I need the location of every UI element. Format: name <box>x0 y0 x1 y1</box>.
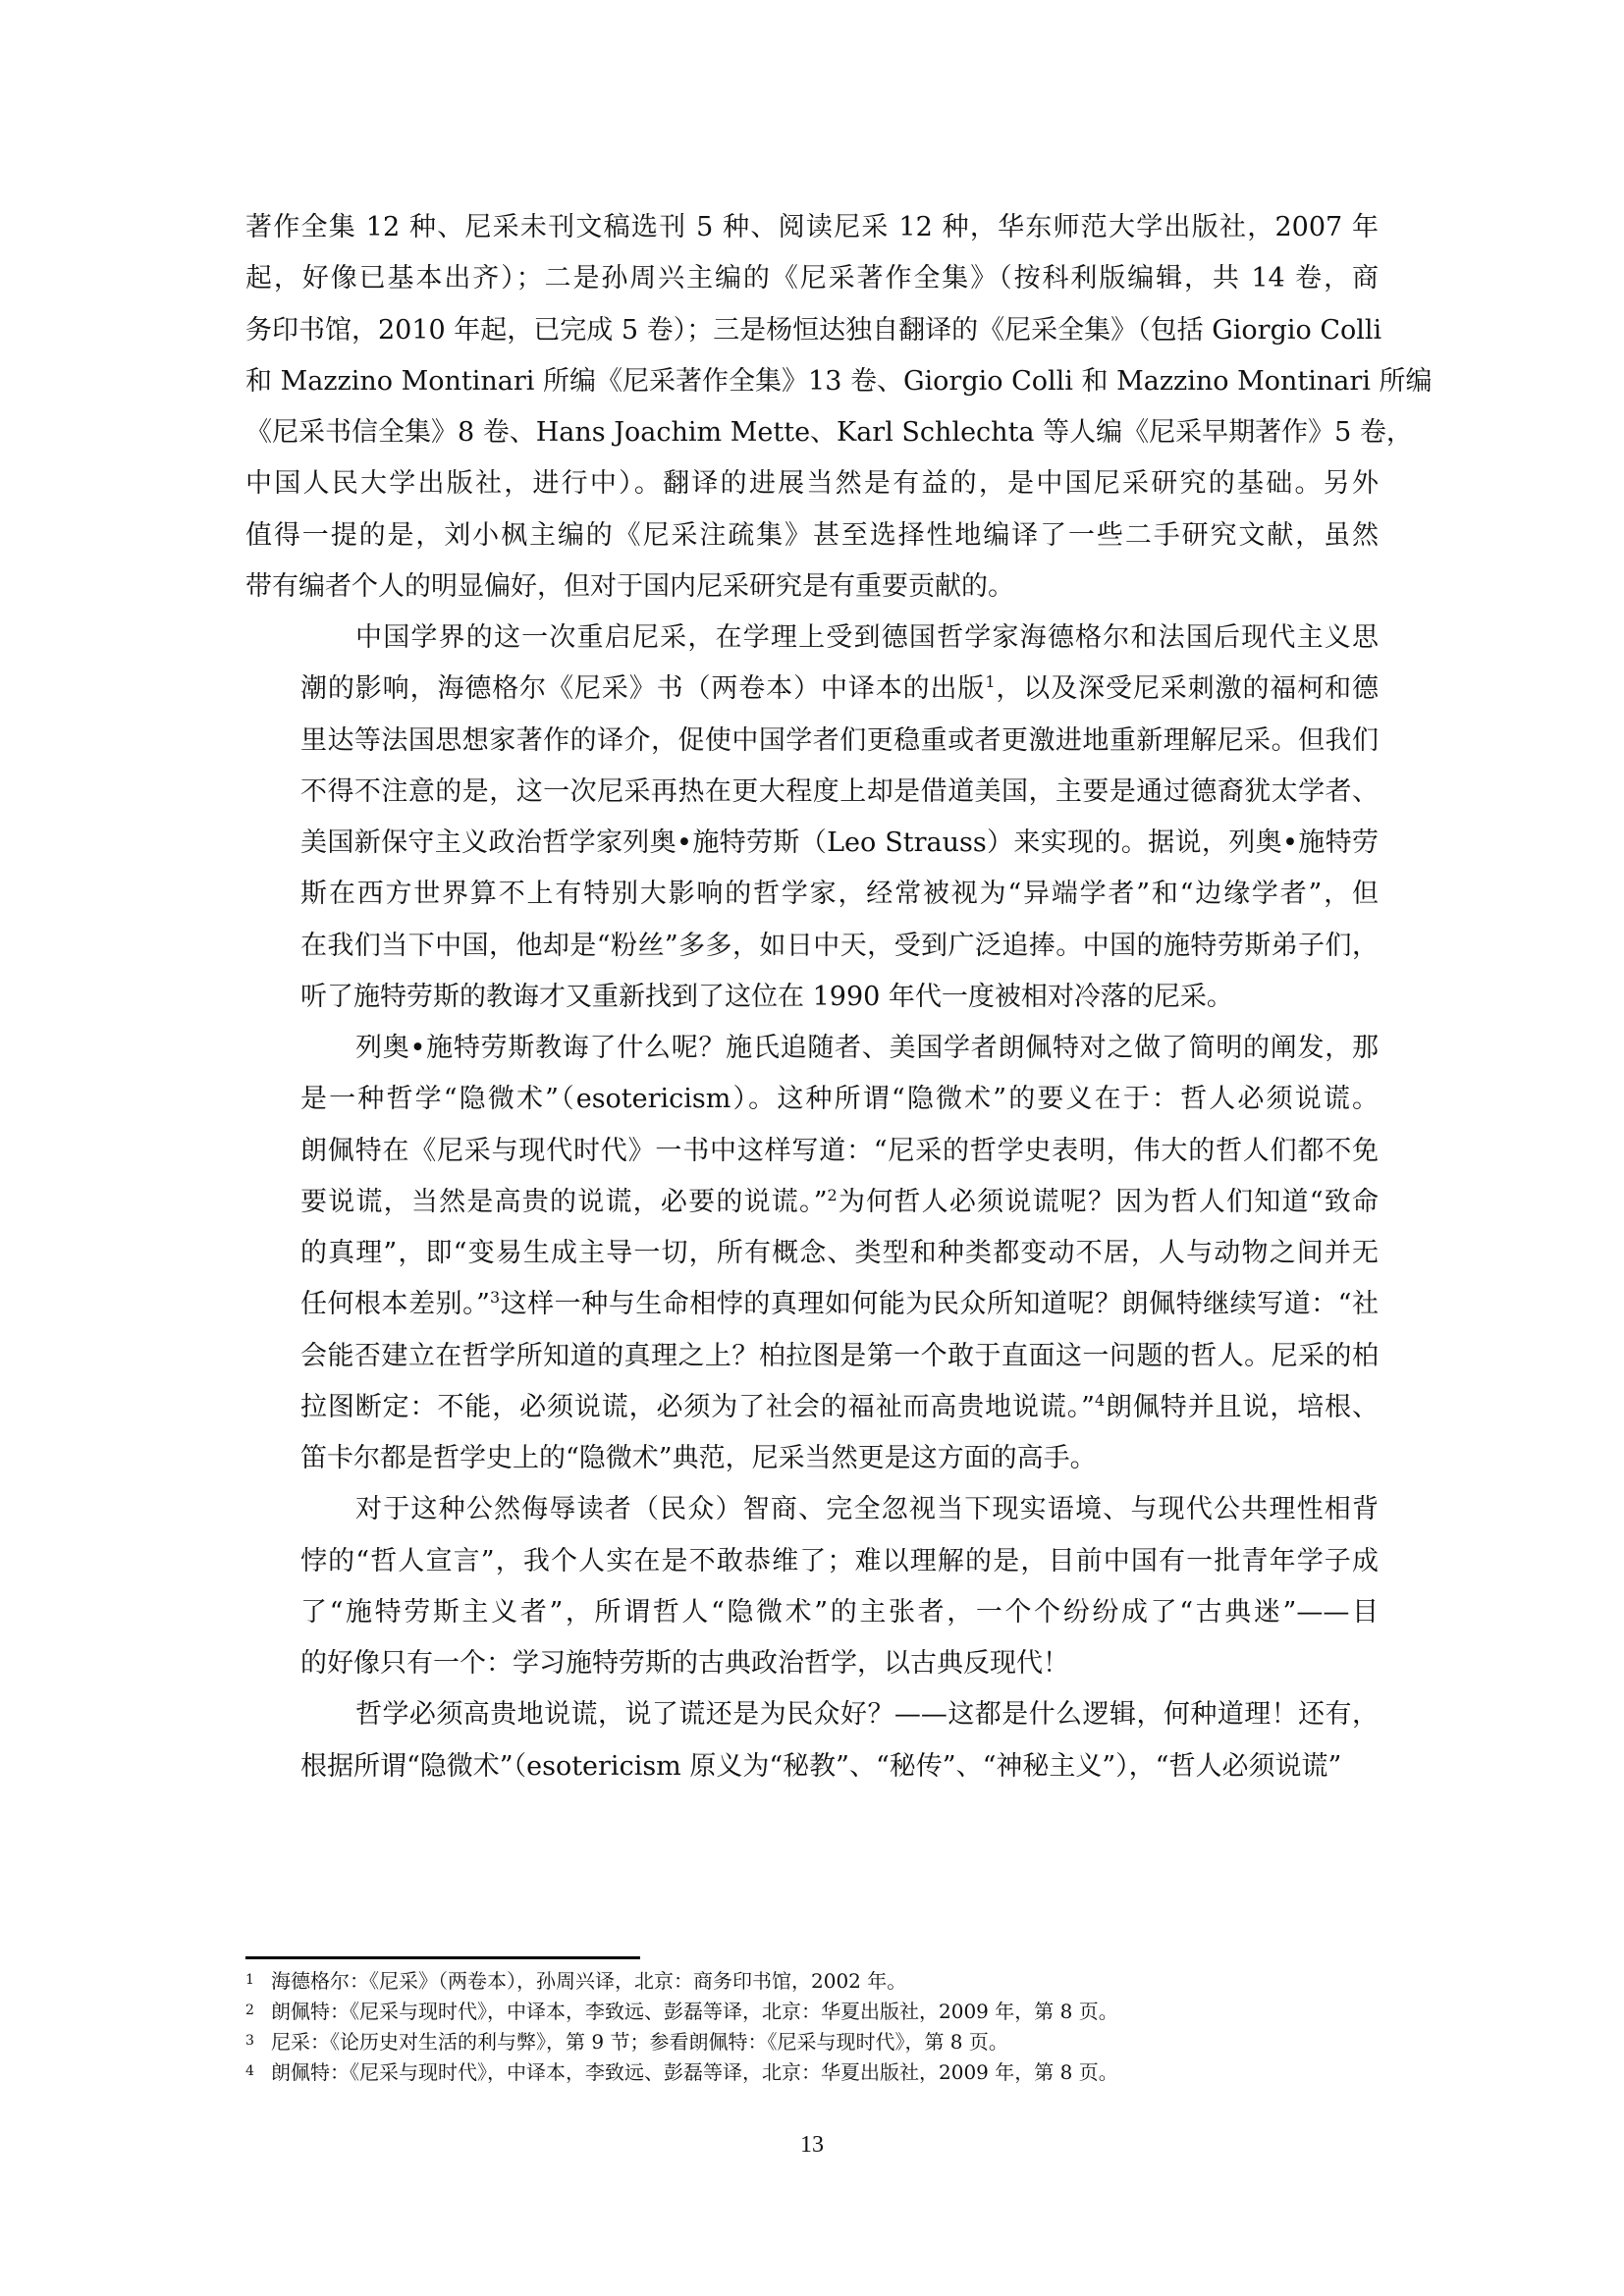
footnote-text: 朗佩特：《尼采与现时代》，中译本，李致远、彭磊等译，北京：华夏出版社，2009 … <box>271 2000 1118 2023</box>
paragraph: 列奥•施特劳斯教诲了什么呢？施氏追随者、美国学者朗佩特对之做了简明的阐发，那是一… <box>245 1023 1379 1484</box>
paragraph: 对于这种公然侮辱读者（民众）智商、完全忽视当下现实语境、与现代公共理性相背悖的“… <box>245 1484 1379 1689</box>
text-line: 任何根本差别。”3这样一种与生命相悖的真理如何能为民众所知道呢？朗佩特继续写道：… <box>245 1279 1379 1330</box>
text-line: 和 Mazzino Montinari 所编《尼采著作全集》13 卷、Giorg… <box>245 356 1379 407</box>
paragraph: 哲学必须高贵地说谎，说了谎还是为民众好？——这都是什么逻辑，何种道理！还有，根据… <box>245 1689 1379 1792</box>
text-line: 要说谎，当然是高贵的说谎，必要的说谎。”2为何哲人必须说谎呢？因为哲人们知道“致… <box>245 1177 1379 1228</box>
text-line: 会能否建立在哲学所知道的真理之上？柏拉图是第一个敢于直面这一问题的哲人。尼采的柏 <box>245 1331 1379 1382</box>
text-line: 《尼采书信全集》8 卷、Hans Joachim Mette、Karl Schl… <box>245 407 1379 458</box>
text-line: 是一种哲学“隐微术”（esotericism）。这种所谓“隐微术”的要义在于：哲… <box>245 1074 1379 1125</box>
footnote-number: 4 <box>245 2056 271 2086</box>
footnote-number: 3 <box>245 2026 271 2056</box>
text-line: 起，好像已基本出齐）；二是孙周兴主编的《尼采著作全集》（按科利版编辑，共 14 … <box>245 253 1379 304</box>
paragraph: 中国学界的这一次重启尼采，在学理上受到德国哲学家海德格尔和法国后现代主义思潮的影… <box>245 613 1379 1023</box>
text-line: 里达等法国思想家著作的译介，促使中国学者们更稳重或者更激进地重新理解尼采。但我们 <box>245 716 1379 767</box>
text-line: 根据所谓“隐微术”（esotericism 原义为“秘教”、“秘传”、“神秘主义… <box>245 1741 1379 1792</box>
text-line: 的好像只有一个：学习施特劳斯的古典政治哲学，以古典反现代！ <box>245 1638 1379 1689</box>
body-text: 著作全集 12 种、尼采未刊文稿选刊 5 种、阅读尼采 12 种，华东师范大学出… <box>245 202 1379 1792</box>
footnote-text: 朗佩特：《尼采与现时代》，中译本，李致远、彭磊等译，北京：华夏出版社，2009 … <box>271 2060 1118 2084</box>
text-line: 笛卡尔都是哲学史上的“隐微术”典范，尼采当然更是这方面的高手。 <box>245 1433 1379 1484</box>
text-line: 听了施特劳斯的教诲才又重新找到了这位在 1990 年代一度被相对冷落的尼采。 <box>245 972 1379 1023</box>
footnote-text: 尼采：《论历史对生活的利与弊》，第 9 节；参看朗佩特：《尼采与现时代》，第 8… <box>271 2030 1008 2054</box>
paragraph: 著作全集 12 种、尼采未刊文稿选刊 5 种、阅读尼采 12 种，华东师范大学出… <box>245 202 1379 613</box>
footnote-number: 1 <box>245 1965 271 1995</box>
footnote-number: 2 <box>245 1996 271 2025</box>
text-line: 不得不注意的是，这一次尼采再热在更大程度上却是借道美国，主要是通过德裔犹太学者、 <box>245 767 1379 818</box>
text-line: 中国人民大学出版社，进行中）。翻译的进展当然是有益的，是中国尼采研究的基础。另外 <box>245 458 1379 509</box>
text-line: 美国新保守主义政治哲学家列奥•施特劳斯（Leo Strauss）来实现的。据说，… <box>245 818 1379 869</box>
footnote-ref[interactable]: 4 <box>1095 1391 1105 1410</box>
footnote-ref[interactable]: 3 <box>490 1288 500 1307</box>
footnote-ref[interactable]: 1 <box>985 672 995 691</box>
text-line: 中国学界的这一次重启尼采，在学理上受到德国哲学家海德格尔和法国后现代主义思 <box>245 613 1379 664</box>
page-number: 13 <box>0 2132 1624 2159</box>
text-line: 务印书馆，2010 年起，已完成 5 卷）；三是杨恒达独自翻译的《尼采全集》（包… <box>245 305 1379 356</box>
text-line: 著作全集 12 种、尼采未刊文稿选刊 5 种、阅读尼采 12 种，华东师范大学出… <box>245 202 1379 253</box>
text-line: 的真理”，即“变易生成主导一切，所有概念、类型和种类都变动不居，人与动物之间并无 <box>245 1228 1379 1279</box>
footnote-ref[interactable]: 2 <box>828 1186 838 1204</box>
footnotes: 1海德格尔：《尼采》（两卷本），孙周兴译，北京：商务印书馆，2002 年。2朗佩… <box>245 1965 1379 2087</box>
text-line: 哲学必须高贵地说谎，说了谎还是为民众好？——这都是什么逻辑，何种道理！还有， <box>245 1689 1379 1740</box>
footnote-item: 2朗佩特：《尼采与现时代》，中译本，李致远、彭磊等译，北京：华夏出版社，2009… <box>245 1996 1379 2026</box>
footnote-separator <box>245 1956 640 1959</box>
text-line: 值得一提的是，刘小枫主编的《尼采注疏集》甚至选择性地编译了一些二手研究文献，虽然 <box>245 510 1379 561</box>
text-line: 带有编者个人的明显偏好，但对于国内尼采研究是有重要贡献的。 <box>245 561 1379 613</box>
document-page: 著作全集 12 种、尼采未刊文稿选刊 5 种、阅读尼采 12 种，华东师范大学出… <box>0 0 1624 2296</box>
text-line: 斯在西方世界算不上有特别大影响的哲学家，经常被视为“异端学者”和“边缘学者”，但 <box>245 869 1379 920</box>
text-line: 拉图断定：不能，必须说谎，必须为了社会的福祉而高贵地说谎。”4朗佩特并且说，培根… <box>245 1382 1379 1433</box>
text-line: 对于这种公然侮辱读者（民众）智商、完全忽视当下现实语境、与现代公共理性相背 <box>245 1484 1379 1535</box>
text-line: 朗佩特在《尼采与现代时代》一书中这样写道：“尼采的哲学史表明，伟大的哲人们都不免 <box>245 1126 1379 1177</box>
footnote-item: 4朗佩特：《尼采与现时代》，中译本，李致远、彭磊等译，北京：华夏出版社，2009… <box>245 2056 1379 2087</box>
footnote-item: 3尼采：《论历史对生活的利与弊》，第 9 节；参看朗佩特：《尼采与现时代》，第 … <box>245 2026 1379 2056</box>
text-line: 了“施特劳斯主义者”，所谓哲人“隐微术”的主张者，一个个纷纷成了“古典迷”——目 <box>245 1587 1379 1638</box>
footnote-item: 1海德格尔：《尼采》（两卷本），孙周兴译，北京：商务印书馆，2002 年。 <box>245 1965 1379 1996</box>
text-line: 在我们当下中国，他却是“粉丝”多多，如日中天，受到广泛追捧。中国的施特劳斯弟子们… <box>245 921 1379 972</box>
footnote-text: 海德格尔：《尼采》（两卷本），孙周兴译，北京：商务印书馆，2002 年。 <box>271 1969 906 1993</box>
text-line: 悖的“哲人宣言”，我个人实在是不敢恭维了；难以理解的是，目前中国有一批青年学子成 <box>245 1536 1379 1587</box>
text-line: 列奥•施特劳斯教诲了什么呢？施氏追随者、美国学者朗佩特对之做了简明的阐发，那 <box>245 1023 1379 1074</box>
text-line: 潮的影响，海德格尔《尼采》书（两卷本）中译本的出版1，以及深受尼采刺激的福柯和德 <box>245 664 1379 715</box>
